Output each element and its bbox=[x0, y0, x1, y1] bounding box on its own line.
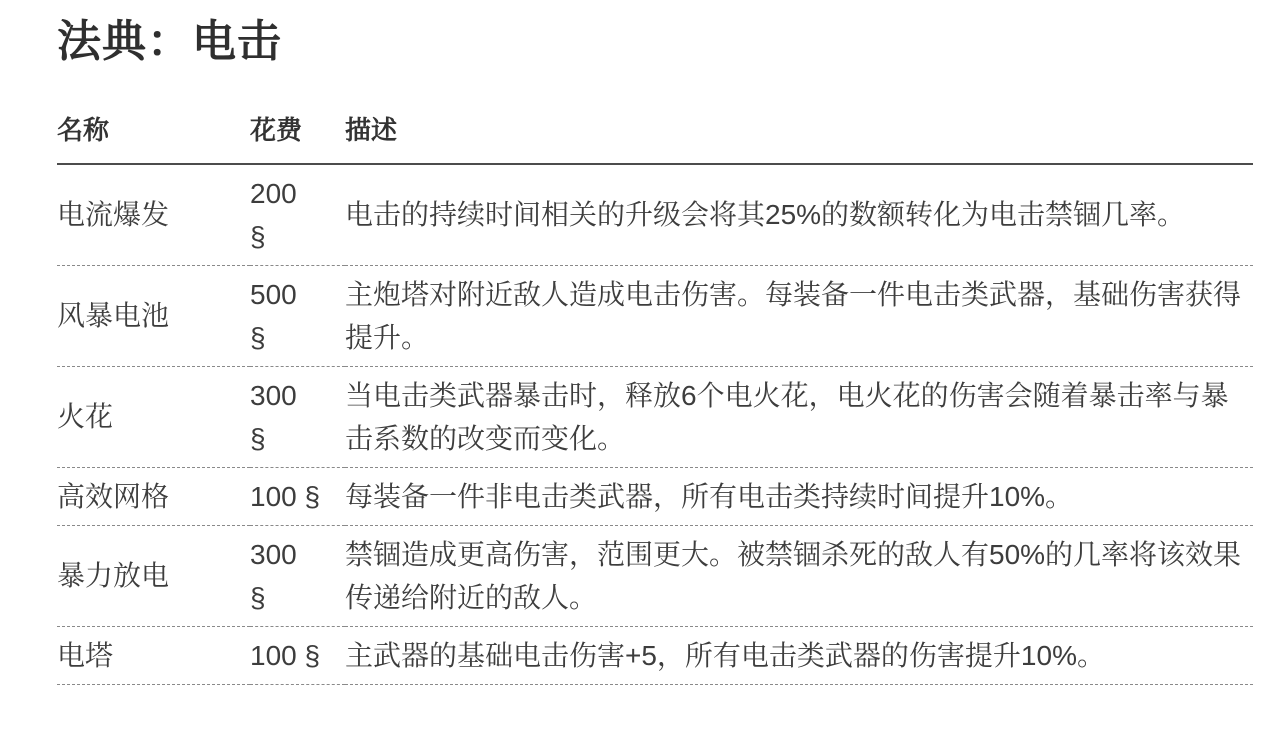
table-row: 电流爆发 200 § 电击的持续时间相关的升级会将其25%的数额转化为电击禁锢几… bbox=[57, 164, 1253, 266]
item-name: 电塔 bbox=[57, 626, 250, 684]
item-name: 暴力放电 bbox=[57, 525, 250, 626]
table-row: 风暴电池 500 § 主炮塔对附近敌人造成电击伤害。每装备一件电击类武器，基础伤… bbox=[57, 265, 1253, 366]
item-cost: 500 § bbox=[250, 265, 345, 366]
item-name: 火花 bbox=[57, 366, 250, 467]
item-cost: 100 § bbox=[250, 626, 345, 684]
item-name: 风暴电池 bbox=[57, 265, 250, 366]
table-row: 火花 300 § 当电击类武器暴击时，释放6个电火花，电火花的伤害会随着暴击率与… bbox=[57, 366, 1253, 467]
column-header-description: 描述 bbox=[345, 115, 1253, 164]
item-cost: 300 § bbox=[250, 366, 345, 467]
column-header-cost: 花费 bbox=[250, 115, 345, 164]
item-description: 主武器的基础电击伤害+5，所有电击类武器的伤害提升10%。 bbox=[345, 626, 1253, 684]
item-description: 电击的持续时间相关的升级会将其25%的数额转化为电击禁锢几率。 bbox=[345, 164, 1253, 266]
codex-table: 名称 花费 描述 电流爆发 200 § 电击的持续时间相关的升级会将其25%的数… bbox=[57, 115, 1253, 685]
item-name: 高效网格 bbox=[57, 467, 250, 525]
table-row: 暴力放电 300 § 禁锢造成更高伤害，范围更大。被禁锢杀死的敌人有50%的几率… bbox=[57, 525, 1253, 626]
item-name: 电流爆发 bbox=[57, 164, 250, 266]
item-description: 当电击类武器暴击时，释放6个电火花，电火花的伤害会随着暴击率与暴击系数的改变而变… bbox=[345, 366, 1253, 467]
table-row: 高效网格 100 § 每装备一件非电击类武器，所有电击类持续时间提升10%。 bbox=[57, 467, 1253, 525]
item-description: 主炮塔对附近敌人造成电击伤害。每装备一件电击类武器，基础伤害获得提升。 bbox=[345, 265, 1253, 366]
item-cost: 200 § bbox=[250, 164, 345, 266]
page-title: 法典：电击 bbox=[57, 16, 1253, 69]
column-header-name: 名称 bbox=[57, 115, 250, 164]
codex-page: 法典：电击 名称 花费 描述 电流爆发 200 § 电击的持续时间相关的升级会将… bbox=[0, 0, 1284, 685]
item-cost: 300 § bbox=[250, 525, 345, 626]
table-row: 电塔 100 § 主武器的基础电击伤害+5，所有电击类武器的伤害提升10%。 bbox=[57, 626, 1253, 684]
item-cost: 100 § bbox=[250, 467, 345, 525]
item-description: 每装备一件非电击类武器，所有电击类持续时间提升10%。 bbox=[345, 467, 1253, 525]
item-description: 禁锢造成更高伤害，范围更大。被禁锢杀死的敌人有50%的几率将该效果传递给附近的敌… bbox=[345, 525, 1253, 626]
codex-table-body: 电流爆发 200 § 电击的持续时间相关的升级会将其25%的数额转化为电击禁锢几… bbox=[57, 164, 1253, 685]
table-header-row: 名称 花费 描述 bbox=[57, 115, 1253, 164]
